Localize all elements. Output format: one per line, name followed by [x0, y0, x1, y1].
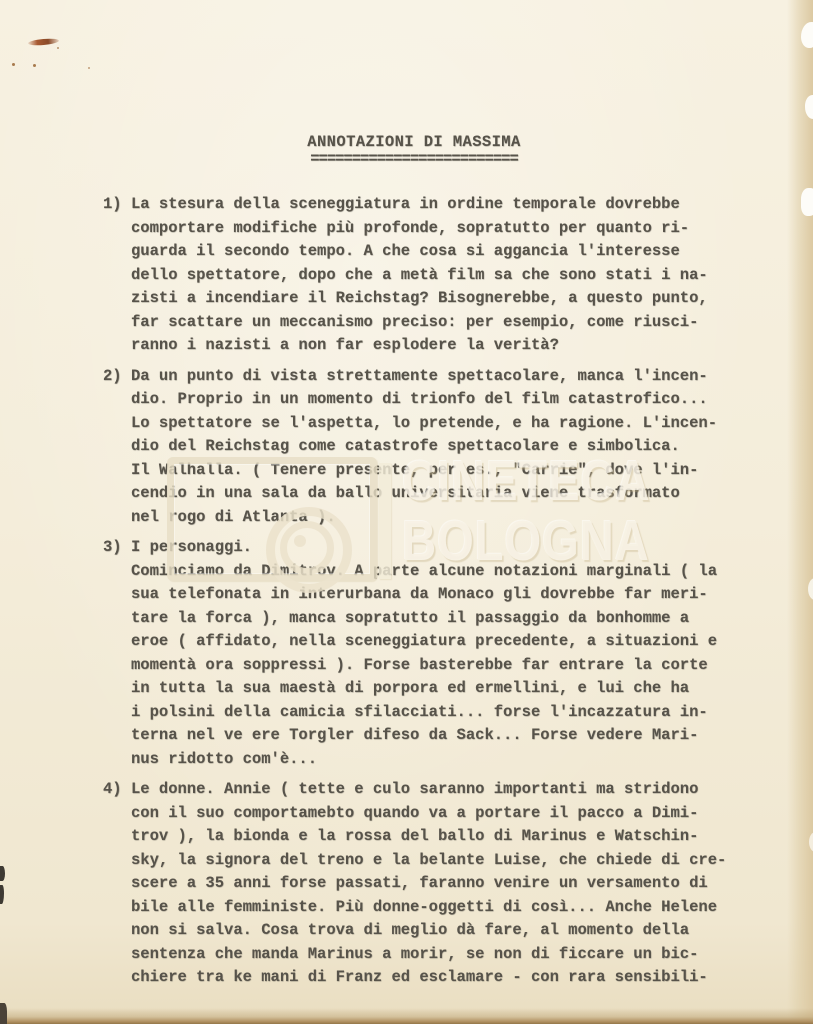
- paragraph-line: nel rogo di Atlanta ).: [131, 506, 725, 530]
- bottom-left-corner-mark: [0, 1003, 7, 1024]
- paragraph-line: far scattare un meccanismo preciso: per …: [131, 311, 725, 335]
- ink-blot-left-edge: [0, 885, 4, 904]
- torn-notch: [805, 95, 813, 119]
- paragraph-line: nus ridotto com'è...: [131, 748, 725, 772]
- paragraph-number: 1): [103, 193, 122, 217]
- paragraph-line: dio. Proprio in un momento di trionfo de…: [131, 388, 725, 412]
- paragraph-line: ranno i nazisti a non far esplodere la v…: [131, 334, 725, 358]
- paragraph-line: sky, la signora del treno e la belante L…: [131, 849, 725, 873]
- paragraph-line: sua telefonata in interurbana da Monaco …: [131, 583, 725, 607]
- paragraph-line: sentenza che manda Marinus a morir, se n…: [131, 943, 725, 967]
- paragraph-line: dello spettatore, dopo che a metà film s…: [131, 264, 725, 288]
- title-underline: =========================: [103, 148, 725, 172]
- torn-notch: [801, 22, 813, 48]
- paragraph-line: tare la forca ), manca sopratutto il pas…: [131, 607, 725, 631]
- document-page: ANNOTAZIONI DI MASSIMA =================…: [0, 0, 813, 1024]
- ink-blot-left-edge: [0, 866, 5, 881]
- paragraph-line: chiere tra ke mani di Franz ed esclamare…: [131, 966, 725, 990]
- paragraph-line: in tutta la sua maestà di porpora ed erm…: [131, 677, 725, 701]
- paper-speck: [57, 47, 59, 49]
- paper-speck: [12, 63, 15, 66]
- paragraph-line: i polsini della camicia sfilacciati... f…: [131, 701, 725, 725]
- document-body: 1) La stesura della sceneggiatura in ord…: [103, 193, 725, 990]
- paragraph-line: terna nel ve ere Torgler difeso da Sack.…: [131, 724, 725, 748]
- paragraph-4: 4) Le donne. Annie ( tette e culo sarann…: [103, 778, 725, 990]
- paragraph-1: 1) La stesura della sceneggiatura in ord…: [103, 193, 725, 358]
- paragraph-line: Lo spettatore se l'aspetta, lo pretende,…: [131, 412, 725, 436]
- paragraph-line: trov ), la bionda e la rossa del ballo d…: [131, 825, 725, 849]
- paragraph-3: 3) I personaggi. Cominciamo da Dimitrov.…: [103, 536, 725, 771]
- torn-right-edge: [787, 0, 813, 1024]
- scratch-mark: [28, 38, 59, 47]
- paragraph-2: 2) Da un punto di vista strettamente spe…: [103, 365, 725, 530]
- paragraph-number: 2): [103, 365, 122, 389]
- paragraph-line: Il Walhalla. ( Tenere presente, per es.,…: [131, 459, 725, 483]
- paragraph-line: comportare modifiche più profonde, sopra…: [131, 217, 725, 241]
- paper-speck: [33, 64, 36, 67]
- paragraph-line: Cominciamo da Dimitrov. A parte alcune n…: [131, 560, 725, 584]
- torn-notch: [808, 578, 813, 600]
- paragraph-number: 3): [103, 536, 122, 560]
- paragraph-line: Da un punto di vista strettamente spetta…: [131, 365, 725, 389]
- paragraph-line: I personaggi.: [131, 536, 725, 560]
- paragraph-line: non si salva. Cosa trova di meglio dà fa…: [131, 919, 725, 943]
- typewritten-text: ANNOTAZIONI DI MASSIMA =================…: [103, 131, 725, 990]
- paragraph-line: La stesura della sceneggiatura in ordine…: [131, 193, 725, 217]
- bottom-page-edge: [0, 1008, 813, 1024]
- paragraph-line: scere a 35 anni forse passati, faranno v…: [131, 872, 725, 896]
- paragraph-line: bile alle femministe. Più donne-oggetti …: [131, 896, 725, 920]
- paragraph-line: cendio in una sala da ballo universitari…: [131, 482, 725, 506]
- paragraph-line: Le donne. Annie ( tette e culo saranno i…: [131, 778, 725, 802]
- paper-speck: [88, 67, 90, 69]
- torn-notch: [809, 832, 813, 852]
- paragraph-line: momentà ora soppressi ). Forse basterebb…: [131, 654, 725, 678]
- torn-notch: [801, 188, 813, 216]
- paragraph-line: dio del Reichstag come catastrofe spetta…: [131, 435, 725, 459]
- paragraph-line: con il suo comportamebto quando va a por…: [131, 802, 725, 826]
- paragraph-line: zisti a incendiare il Reichstag? Bisogne…: [131, 287, 725, 311]
- paragraph-line: guarda il secondo tempo. A che cosa si a…: [131, 240, 725, 264]
- paragraph-number: 4): [103, 778, 122, 802]
- paragraph-line: eroe ( affidato, nella sceneggiatura pre…: [131, 630, 725, 654]
